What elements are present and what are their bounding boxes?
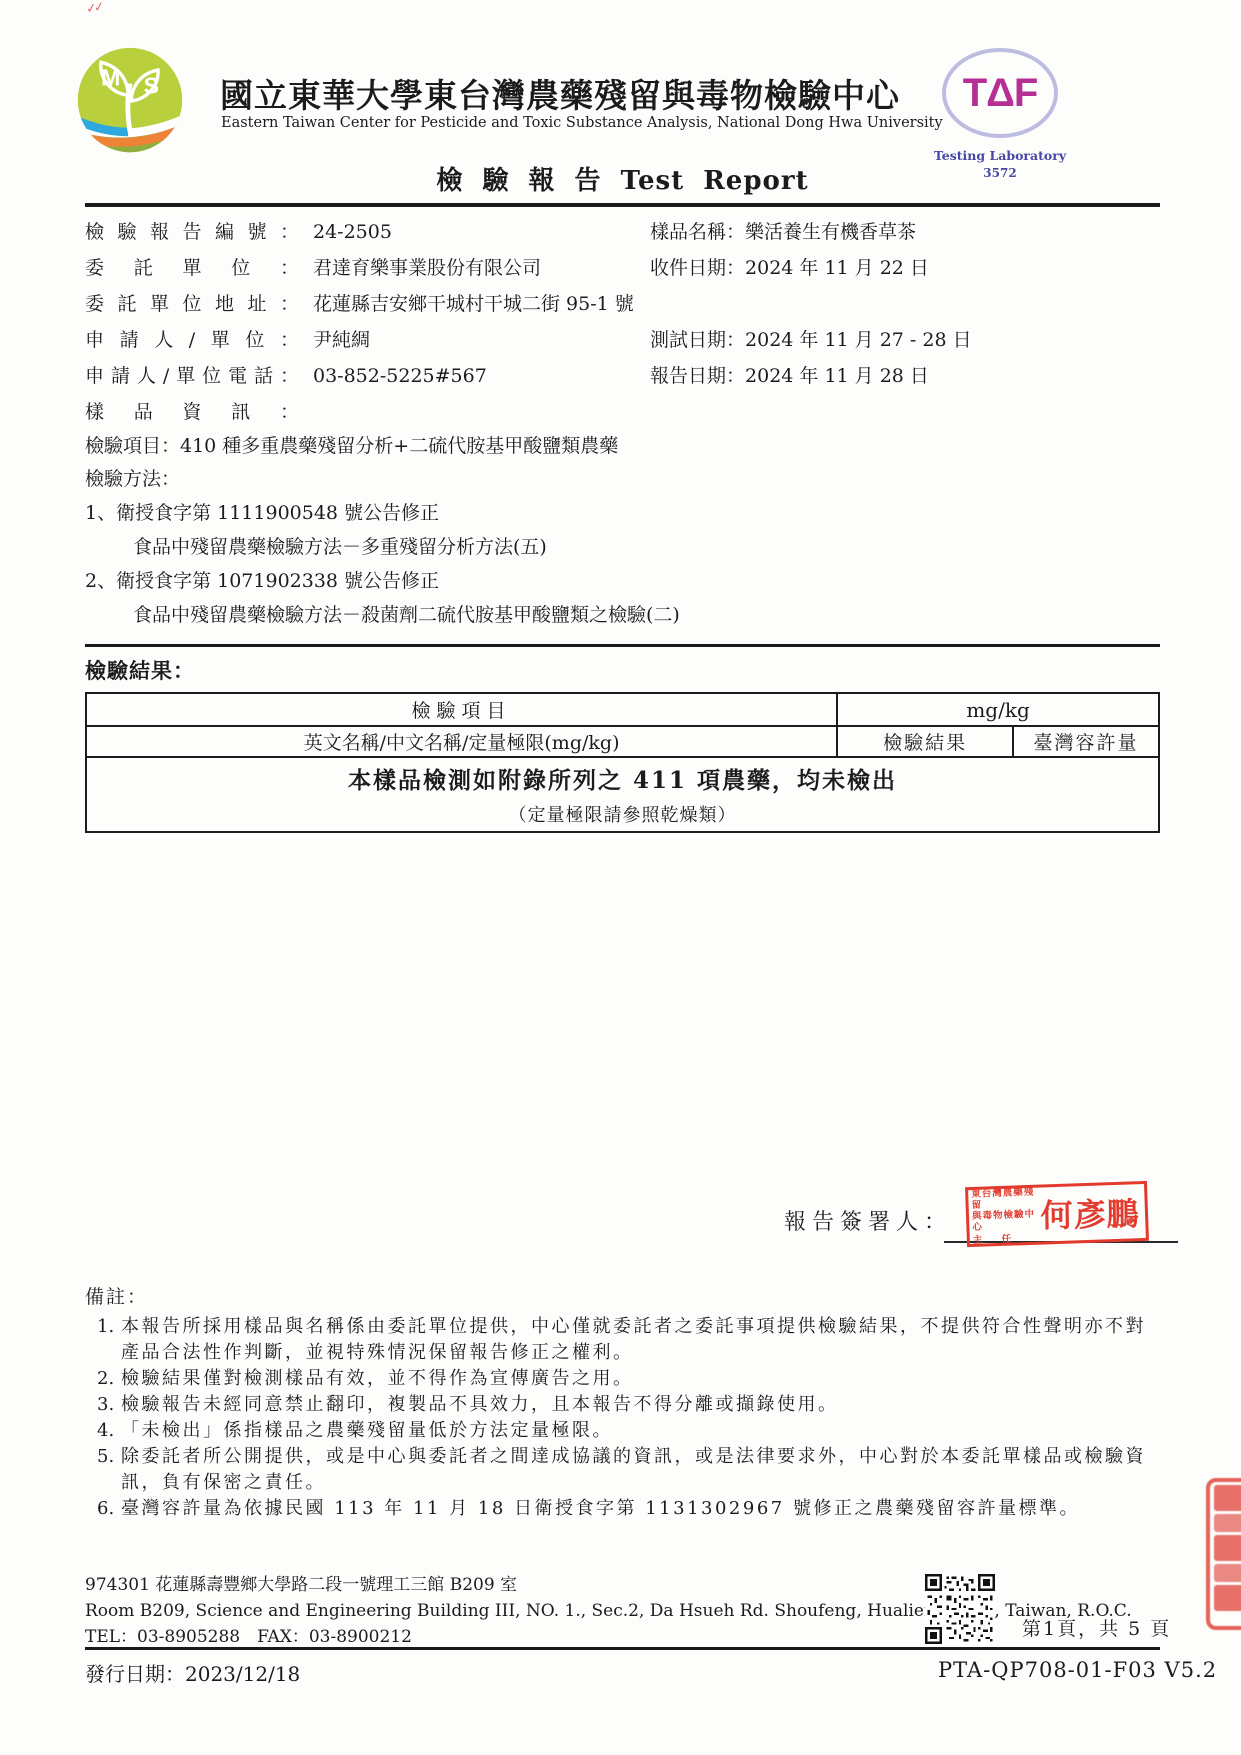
test-date: 2024 年 11 月 27 - 28 日 bbox=[745, 322, 972, 358]
result-statement: 本樣品檢測如附錄所列之 411 項農藥，均未檢出 bbox=[87, 762, 1158, 795]
field-label: 檢驗報告編號： bbox=[85, 214, 299, 250]
note-item: 1.本報告所採用樣品與名稱係由委託單位提供，中心僅就委託者之委託事項提供檢驗結果… bbox=[85, 1314, 1165, 1366]
org-name-zh: 國立東華大學東台灣農藥殘留與毒物檢驗中心 bbox=[220, 70, 910, 117]
taf-label: TΔF bbox=[963, 73, 1038, 113]
note-item: 4.「未檢出」係指樣品之農藥殘留量低於方法定量極限。 bbox=[85, 1418, 1165, 1444]
divider bbox=[85, 1647, 1160, 1650]
note-text: 本報告所採用樣品與名稱係由委託單位提供，中心僅就委託者之委託事項提供檢驗結果，不… bbox=[121, 1314, 1165, 1366]
table-subheader-row: 英文名稱/中文名稱/定量極限(mg/kg) 檢驗結果 臺灣容許量 bbox=[86, 726, 1159, 757]
signer-seal-stamp: 東台灣農藥殘留 與毒物檢驗中心 主 任 何彥鵬 bbox=[965, 1181, 1149, 1247]
results-section-title: 檢驗結果： bbox=[85, 655, 1160, 687]
info-row: 申請人/單位：尹純綢 測試日期：2024 年 11 月 27 - 28 日 bbox=[85, 322, 1160, 358]
column-subheader-names: 英文名稱/中文名稱/定量極限(mg/kg) bbox=[86, 726, 837, 757]
note-item: 5.除委託者所公開提供，或是中心與委託者之間達成協議的資訊，或是法律要求外，中心… bbox=[85, 1444, 1165, 1496]
logo-letter-m: M bbox=[101, 65, 120, 91]
signer-name: 何彥鵬 bbox=[1035, 1189, 1146, 1237]
table-header-row: 檢驗項目 mg/kg bbox=[86, 693, 1159, 726]
column-header-result: 檢驗結果 bbox=[837, 726, 1013, 757]
method-2-detail: 食品中殘留農藥檢驗方法－殺菌劑二硫代胺基甲酸鹽類之檢驗(二) bbox=[85, 598, 1160, 632]
seal-glyph bbox=[1214, 1514, 1241, 1532]
seal-glyph bbox=[1214, 1485, 1241, 1511]
column-header-item: 檢驗項目 bbox=[86, 693, 837, 726]
footer-contact-block: 974301 花蓮縣壽豐鄉大學路二段一號理工三館 B209 室 Room B20… bbox=[85, 1572, 925, 1650]
stamp-org-text: 東台灣農藥殘留 與毒物檢驗中心 主 任 bbox=[968, 1186, 1036, 1245]
notes-title: 備註： bbox=[85, 1280, 1165, 1314]
report-date: 2024 年 11 月 28 日 bbox=[745, 358, 929, 394]
note-item: 2.檢驗結果僅對檢測樣品有效，並不得作為宣傳廣告之用。 bbox=[85, 1366, 1165, 1392]
address-en: Room B209, Science and Engineering Build… bbox=[85, 1598, 925, 1624]
note-text: 檢驗結果僅對檢測樣品有效，並不得作為宣傳廣告之用。 bbox=[121, 1366, 1165, 1392]
column-header-unit: mg/kg bbox=[837, 693, 1159, 726]
field-label: 申請人/單位： bbox=[85, 322, 299, 358]
applicant-phone: 03-852-5225#567 bbox=[313, 358, 487, 394]
test-item: 檢驗項目：410 種多重農藥殘留分析+二硫代胺基甲酸鹽類農藥 bbox=[85, 430, 1160, 463]
column-header-allowance: 臺灣容許量 bbox=[1013, 726, 1159, 757]
qr-code-icon bbox=[925, 1574, 995, 1644]
field-label: 測試日期： bbox=[650, 322, 745, 358]
client-name: 君達育樂事業股份有限公司 bbox=[313, 250, 541, 286]
field-label: 樣品名稱： bbox=[650, 214, 745, 250]
test-report-page: ✓✓ M S 國立東華大學東台灣農藥殘留與毒物檢驗中心 Eastern Taiw… bbox=[0, 0, 1241, 1755]
method-label: 檢驗方法： bbox=[85, 463, 1160, 496]
issue-date: 發行日期：2023/12/18 bbox=[85, 1658, 300, 1687]
field-label: 報告日期： bbox=[650, 358, 745, 394]
applicant-name: 尹純綢 bbox=[313, 322, 370, 358]
taf-logo-icon: TΔF bbox=[942, 48, 1058, 138]
results-table: 檢驗項目 mg/kg 英文名稱/中文名稱/定量極限(mg/kg) 檢驗結果 臺灣… bbox=[85, 692, 1160, 833]
notes-section: 備註： 1.本報告所採用樣品與名稱係由委託單位提供，中心僅就委託者之委託事項提供… bbox=[85, 1280, 1165, 1522]
note-item: 6.臺灣容許量為依據民國 113 年 11 月 18 日衛授食字第 113130… bbox=[85, 1496, 1165, 1522]
signer-label: 報告簽署人： bbox=[784, 1205, 952, 1236]
field-label: 收件日期： bbox=[650, 250, 745, 286]
note-number: 2. bbox=[85, 1366, 121, 1392]
stamp-org-line1: 東台灣農藥殘留 bbox=[971, 1186, 1035, 1210]
org-name-en: Eastern Taiwan Center for Pesticide and … bbox=[221, 115, 921, 131]
received-date: 2024 年 11 月 22 日 bbox=[745, 250, 929, 286]
page-edge-seal-stamp bbox=[1206, 1478, 1241, 1630]
note-text: 「未檢出」係指樣品之農藥殘留量低於方法定量極限。 bbox=[121, 1418, 1165, 1444]
note-number: 1. bbox=[85, 1314, 121, 1366]
divider bbox=[85, 203, 1160, 207]
stamp-role: 主 任 bbox=[973, 1232, 1036, 1245]
method-1-detail: 食品中殘留農藥檢驗方法－多重殘留分析方法(五) bbox=[85, 530, 1160, 564]
center-logo: M S bbox=[72, 42, 188, 160]
method-2-title: 2、衛授食字第 1071902338 號公告修正 bbox=[85, 564, 1160, 598]
logo-letter-s: S bbox=[144, 72, 159, 98]
note-number: 3. bbox=[85, 1392, 121, 1418]
page-title: 檢 驗 報 告 Test Report bbox=[85, 160, 1160, 197]
page-number: 第1頁，共 5 頁 bbox=[1022, 1614, 1171, 1641]
report-number: 24-2505 bbox=[313, 214, 392, 250]
seal-glyph bbox=[1214, 1585, 1241, 1611]
document-code: PTA-QP708-01-F03 V5.2 bbox=[938, 1658, 1217, 1682]
red-check-mark: ✓✓ bbox=[85, 0, 103, 17]
field-label: 委託單位地址： bbox=[85, 286, 299, 322]
field-label: 委託單位： bbox=[85, 250, 299, 286]
field-label: 申請人/單位電話： bbox=[85, 358, 299, 394]
result-note: （定量極限請參照乾燥類） bbox=[87, 801, 1158, 827]
divider bbox=[85, 644, 1160, 647]
address-zh: 974301 花蓮縣壽豐鄉大學路二段一號理工三館 B209 室 bbox=[85, 1572, 925, 1598]
seal-glyph bbox=[1214, 1564, 1241, 1582]
info-row: 委託單位地址：花蓮縣吉安鄉干城村干城二街 95-1 號 bbox=[85, 286, 1160, 322]
note-text: 檢驗報告未經同意禁止翻印，複製品不具效力，且本報告不得分離或擷錄使用。 bbox=[121, 1392, 1165, 1418]
method-1-title: 1、衛授食字第 1111900548 號公告修正 bbox=[85, 496, 1160, 530]
note-number: 5. bbox=[85, 1444, 121, 1496]
report-info-section: 檢驗報告編號：24-2505 樣品名稱：樂活養生有機香草茶 委託單位：君達育樂事… bbox=[85, 214, 1160, 833]
sample-info-label: 樣品資訊： bbox=[85, 394, 299, 430]
note-item: 3.檢驗報告未經同意禁止翻印，複製品不具效力，且本報告不得分離或擷錄使用。 bbox=[85, 1392, 1165, 1418]
stamp-org-line2: 與毒物檢驗中心 bbox=[972, 1208, 1036, 1232]
note-text: 臺灣容許量為依據民國 113 年 11 月 18 日衛授食字第 11313029… bbox=[121, 1496, 1165, 1522]
table-result-row: 本樣品檢測如附錄所列之 411 項農藥，均未檢出 （定量極限請參照乾燥類） bbox=[86, 757, 1159, 832]
info-row: 檢驗報告編號：24-2505 樣品名稱：樂活養生有機香草茶 bbox=[85, 214, 1160, 250]
note-number: 6. bbox=[85, 1496, 121, 1522]
sample-name: 樂活養生有機香草茶 bbox=[745, 214, 916, 250]
note-number: 4. bbox=[85, 1418, 121, 1444]
info-row: 申請人/單位電話：03-852-5225#567 報告日期：2024 年 11 … bbox=[85, 358, 1160, 394]
seal-glyph bbox=[1214, 1535, 1241, 1561]
note-text: 除委託者所公開提供，或是中心與委託者之間達成協議的資訊，或是法律要求外，中心對於… bbox=[121, 1444, 1165, 1496]
center-logo-icon: M S bbox=[72, 42, 188, 160]
info-row: 委託單位：君達育樂事業股份有限公司 收件日期：2024 年 11 月 22 日 bbox=[85, 250, 1160, 286]
client-address: 花蓮縣吉安鄉干城村干城二街 95-1 號 bbox=[313, 286, 634, 322]
